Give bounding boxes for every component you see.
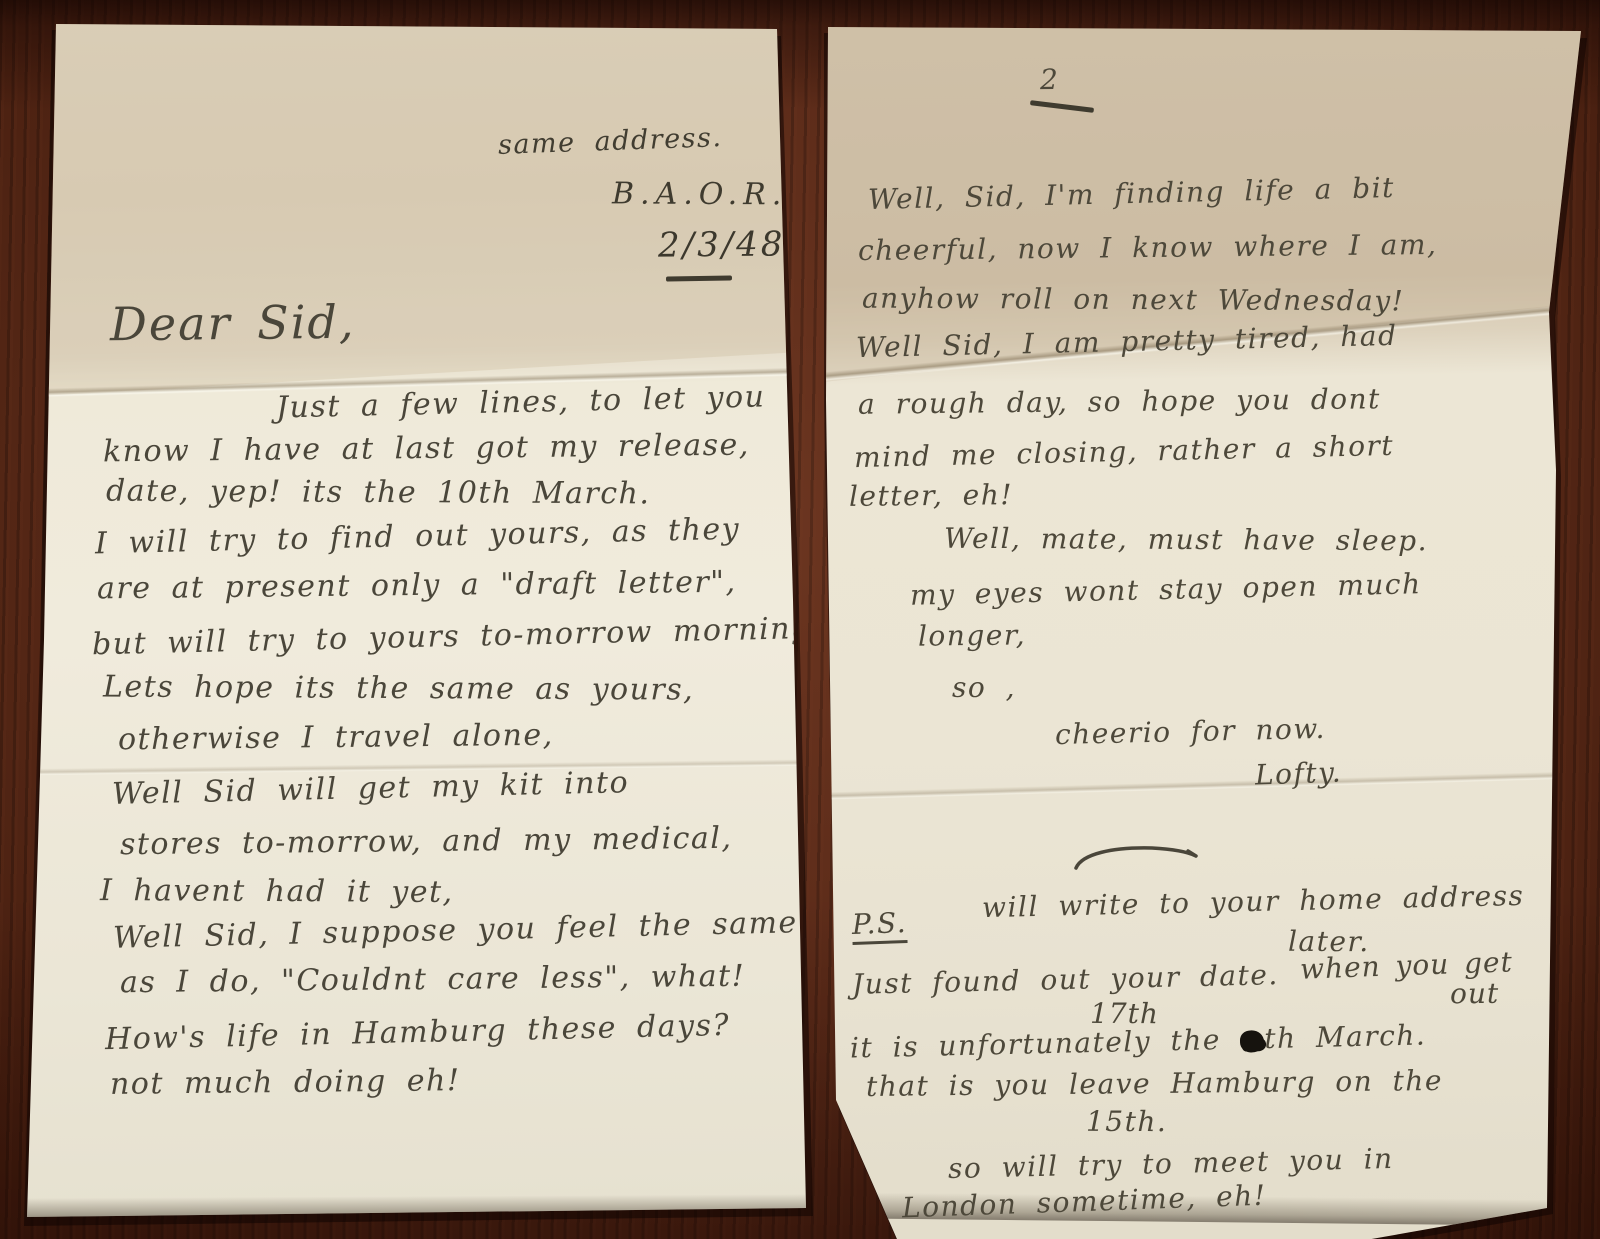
handwritten-line: stores to-morrow, and my medical, — [120, 824, 733, 860]
ps-note-out: out — [1450, 980, 1499, 1009]
handwritten-line: not much doing eh! — [110, 1066, 461, 1100]
ps-label: P.S. — [851, 909, 907, 945]
handwritten-line-unit: B.A.O.R. I — [612, 179, 830, 210]
handwritten-line: I havent had it yet, — [100, 876, 454, 908]
page-number: 2 — [1040, 66, 1060, 94]
handwritten-line: know I have at last got my release, — [103, 431, 750, 468]
pen-flourish — [1072, 844, 1202, 874]
ps-line-leave: that is you leave Hamburg on the — [866, 1067, 1443, 1101]
ps-line-15th: 15th. — [1086, 1108, 1167, 1136]
handwritten-line: Lets hope its the same as yours, — [103, 672, 694, 705]
handwritten-salutation: Dear Sid, — [110, 299, 356, 348]
handwritten-line-date: 2/3/48 — [658, 227, 786, 262]
handwritten-line: longer, — [918, 621, 1026, 650]
photo-of-handwritten-letter: same address. B.A.O.R. I 2/3/48 Dear Sid… — [0, 0, 1600, 1239]
handwritten-line: Well, mate, must have sleep. — [944, 525, 1428, 556]
handwritten-line: letter, eh! — [849, 481, 1013, 511]
ink-blot — [1240, 1030, 1264, 1053]
handwritten-line: anyhow roll on next Wednesday! — [862, 285, 1404, 316]
handwritten-line: are at present only a "draft letter", — [97, 568, 737, 605]
handwritten-line: a rough day, so hope you dont — [858, 385, 1381, 418]
handwritten-signature: Lofty. — [1255, 758, 1343, 789]
handwritten-line: cheerful, now I know where I am, — [858, 231, 1438, 265]
handwritten-line-address: same address. — [498, 124, 723, 159]
handwritten-line: so , — [952, 674, 1016, 702]
ps-date-suffix: th March. — [1264, 1018, 1427, 1055]
handwritten-line: date, yep! its the 10th March. — [106, 477, 651, 510]
handwritten-line: as I do, "Couldnt care less", what! — [120, 962, 745, 999]
handwritten-line: otherwise I travel alone, — [118, 721, 554, 756]
handwritten-line: cheerio for now. — [1055, 715, 1326, 749]
